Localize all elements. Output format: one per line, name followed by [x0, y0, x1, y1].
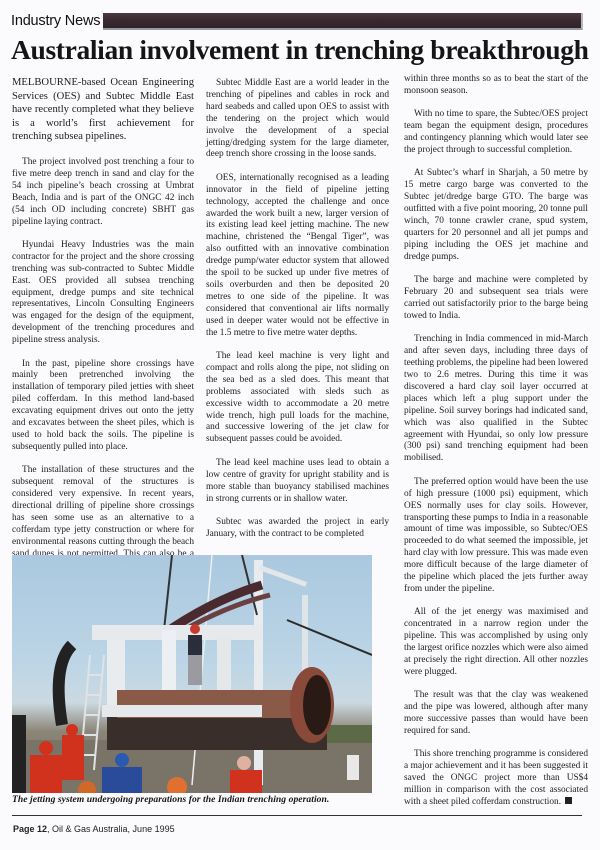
- paragraph: In the past, pipeline shore crossings ha…: [12, 359, 194, 454]
- paragraph: Subtec Middle East are a world leader in…: [206, 78, 389, 161]
- paragraph: At Subtec’s wharf in Sharjah, a 50 metre…: [404, 168, 588, 263]
- jetting-machine-illustration: [12, 555, 372, 793]
- article-column-3: within three months so as to beat the st…: [404, 74, 588, 820]
- page-number: Page 12: [13, 824, 47, 834]
- publication-info: , Oil & Gas Australia, June 1995: [47, 824, 175, 834]
- article-photo: [12, 555, 372, 793]
- paragraph: Subtec was awarded the project in early …: [206, 517, 389, 541]
- article-column-1: MELBOURNE-based Ocean Engineering Servic…: [12, 76, 194, 584]
- article-column-2: Subtec Middle East are a world leader in…: [206, 78, 389, 552]
- section-header: Industry News: [11, 11, 583, 31]
- final-paragraph: This shore trenching programme is consid…: [404, 749, 588, 809]
- paragraph: The result was that the clay was weakene…: [404, 690, 588, 738]
- paragraph: within three months so as to beat the st…: [404, 74, 588, 98]
- paragraph-text: This shore trenching programme is consid…: [404, 749, 588, 807]
- page-footer: Page 12, Oil & Gas Australia, June 1995: [13, 824, 175, 834]
- paragraph: Hyundai Heavy Industries was the main co…: [12, 240, 194, 347]
- footer-rule: [12, 815, 582, 816]
- paragraph: OES, internationally recognised as a lea…: [206, 173, 389, 340]
- section-bar: [103, 13, 583, 30]
- paragraph: All of the jet energy was maximised and …: [404, 607, 588, 678]
- paragraph: The lead keel machine uses lead to obtai…: [206, 458, 389, 506]
- paragraph: Trenching in India commenced in mid-Marc…: [404, 334, 588, 465]
- paragraph: The preferred option would have been the…: [404, 477, 588, 596]
- paragraph: The project involved post trenching a fo…: [12, 157, 194, 228]
- paragraph: With no time to spare, the Subtec/OES pr…: [404, 109, 588, 157]
- lead-paragraph: MELBOURNE-based Ocean Engineering Servic…: [12, 76, 194, 144]
- end-of-article-icon: [565, 797, 572, 804]
- article-headline: Australian involvement in trenching brea…: [11, 35, 591, 65]
- paragraph: The barge and machine were completed by …: [404, 275, 588, 323]
- paragraph: The lead keel machine is very light and …: [206, 351, 389, 446]
- section-label: Industry News: [11, 12, 100, 30]
- photo-caption: The jetting system undergoing preparatio…: [12, 794, 384, 805]
